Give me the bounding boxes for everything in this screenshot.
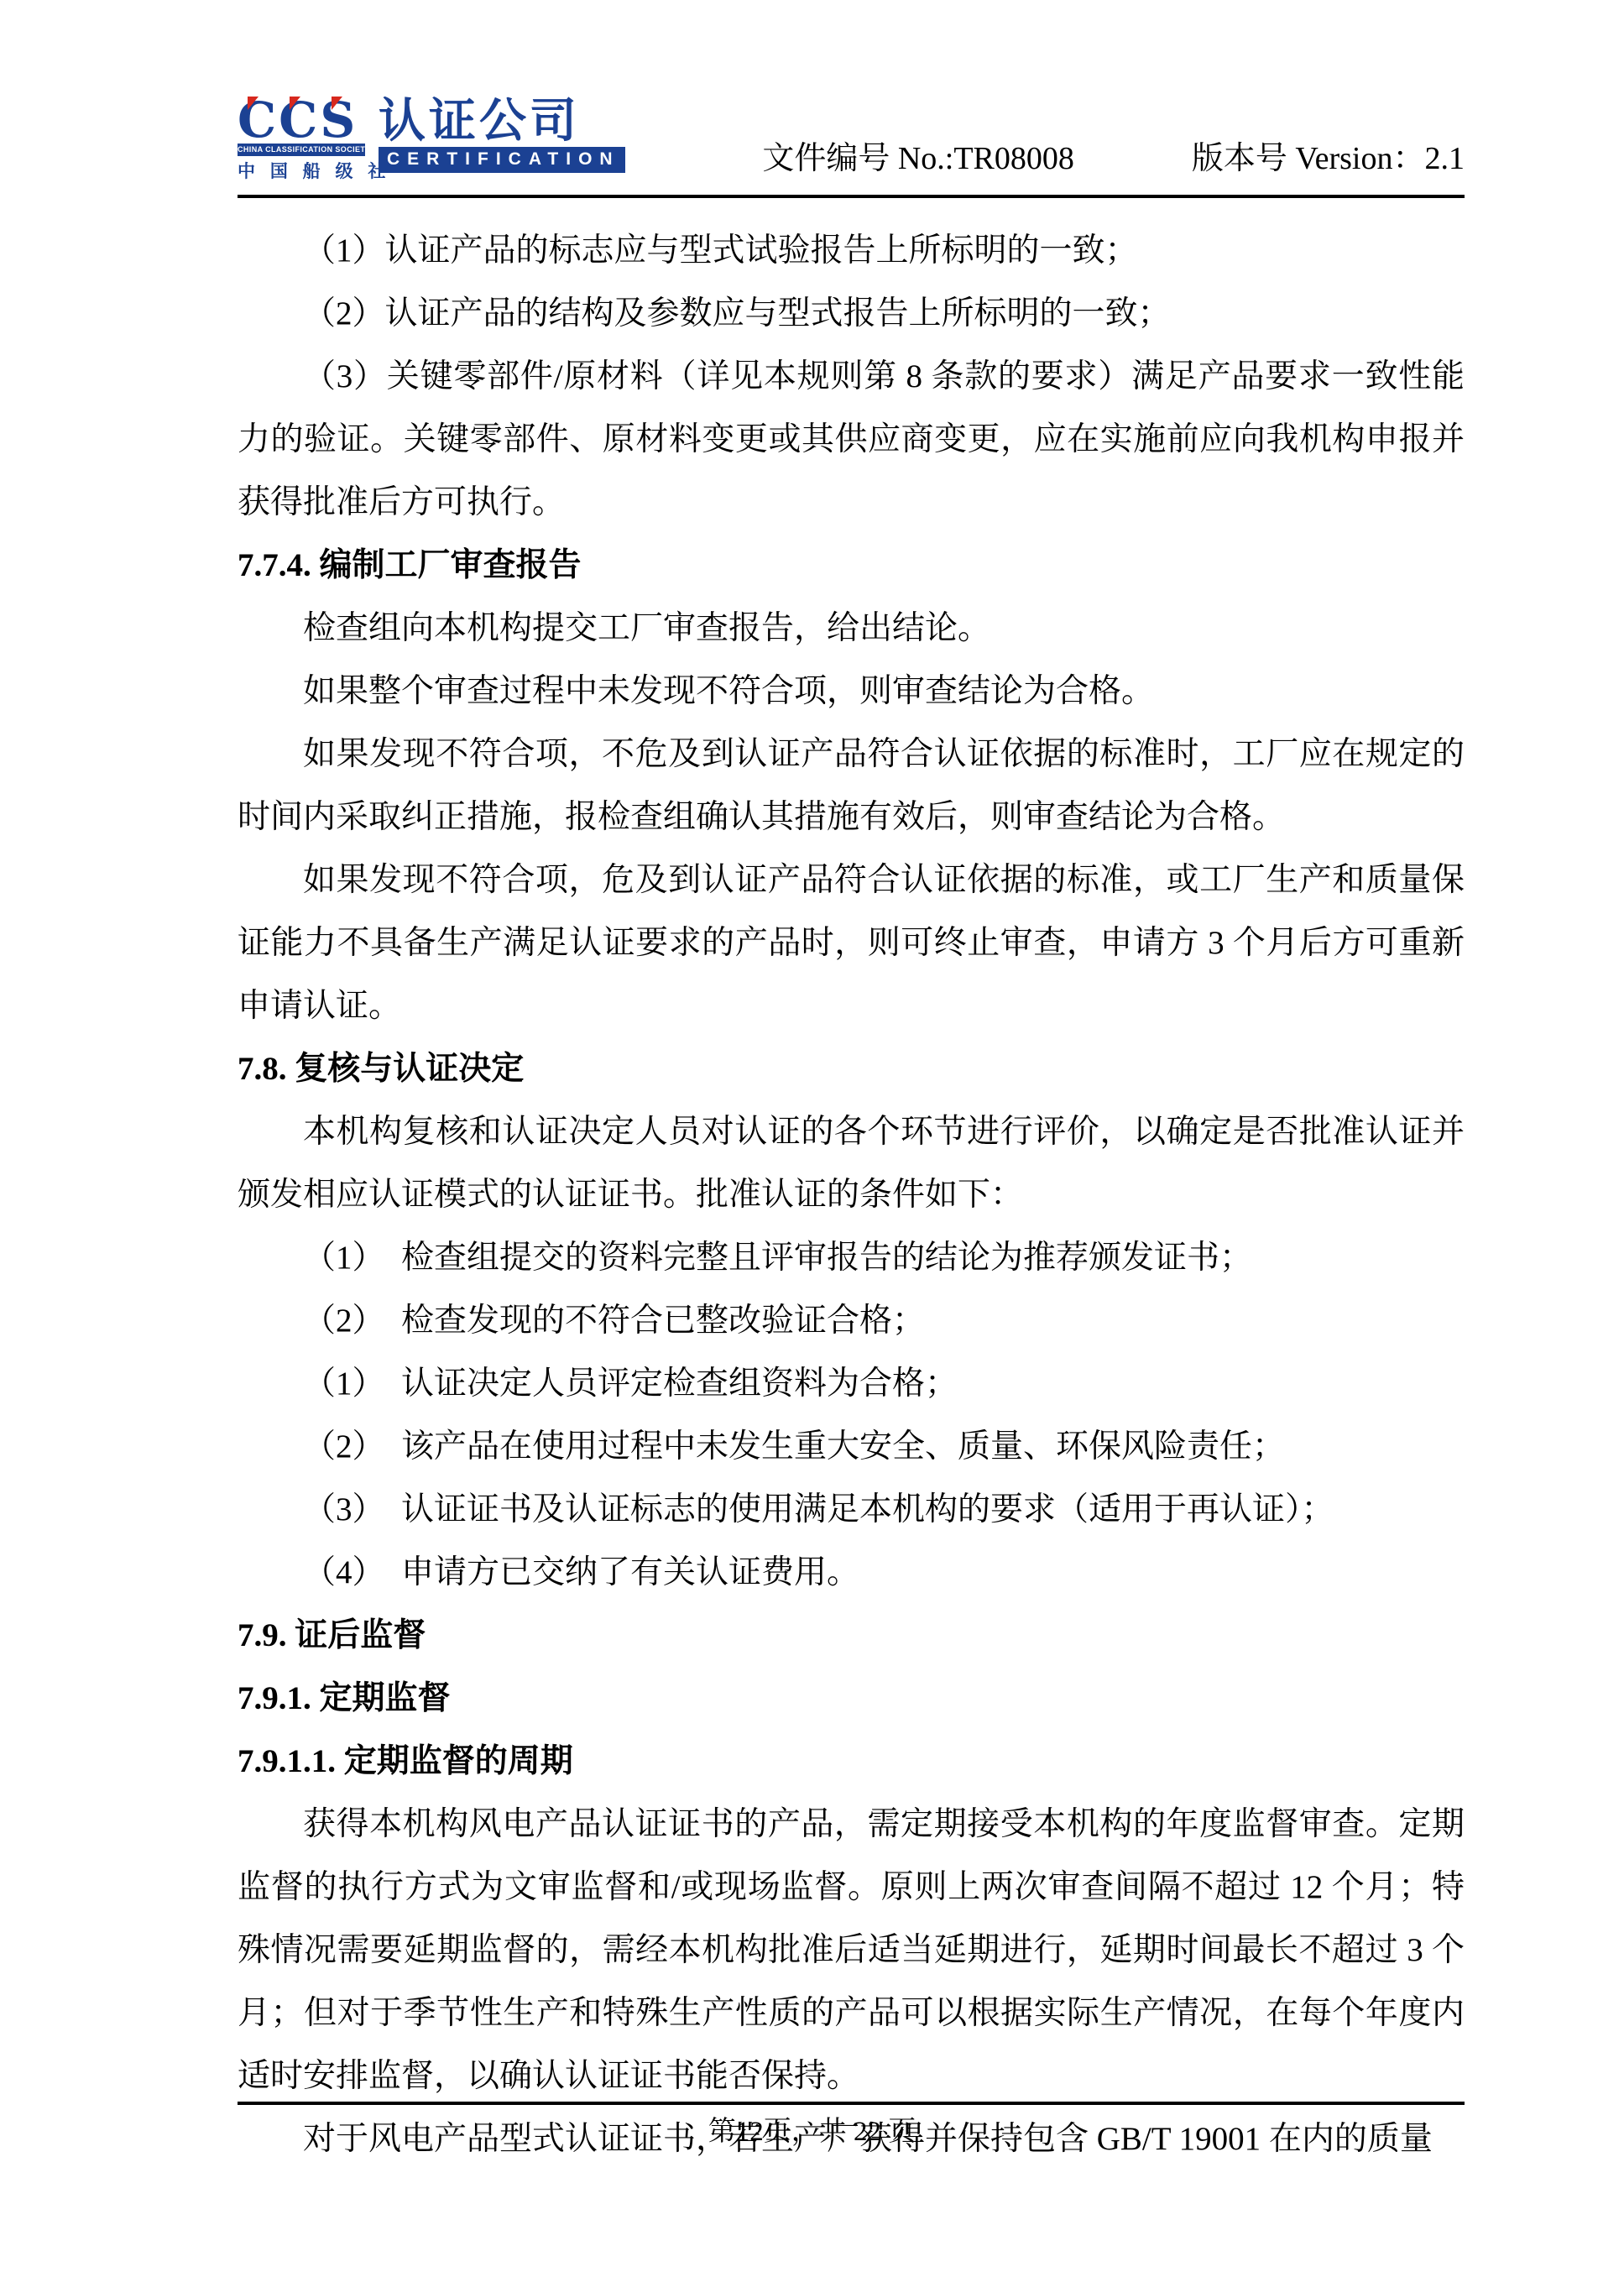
list-item: （2） 该产品在使用过程中未发生重大安全、质量、环保风险责任；: [238, 1415, 1465, 1478]
list-item: （2） 检查发现的不符合已整改验证合格；: [238, 1289, 1465, 1352]
body-paragraph: （3）关键零部件/原材料（详见本规则第 8 条款的要求）满足产品要求一致性能力的…: [238, 345, 1465, 534]
list-item: （3） 认证证书及认证标志的使用满足本机构的要求（适用于再认证）；: [238, 1478, 1465, 1541]
body-paragraph: 本机构复核和认证决定人员对认证的各个环节进行评价，以确定是否批准认证并颁发相应认…: [238, 1100, 1465, 1226]
page-number: 第12页，共 22 页: [0, 2109, 1624, 2149]
logo-red-flag-icon: [290, 97, 300, 110]
logo-society-cn: 中 国 船 级 社: [238, 158, 365, 183]
body-paragraph: 检查组向本机构提交工厂审查报告，给出结论。: [238, 597, 1465, 660]
footer-divider: [238, 2102, 1465, 2105]
ccs-logo-left: CCS CHINA CLASSIFICATION SOCIETY 中 国 船 级…: [238, 99, 365, 183]
section-heading: 7.8. 复核与认证决定: [238, 1037, 1465, 1100]
list-item: （4） 申请方已交纳了有关认证费用。: [238, 1541, 1465, 1604]
logo-red-flag-icon: [248, 97, 258, 110]
body-paragraph: 获得本机构风电产品认证证书的产品，需定期接受本机构的年度监督审查。定期监督的执行…: [238, 1793, 1465, 2107]
list-item: （1）认证产品的标志应与型式试验报告上所标明的一致；: [238, 219, 1465, 282]
section-heading: 7.7.4. 编制工厂审查报告: [238, 534, 1465, 597]
ccs-logo-right: 认证公司 CERTIFICATION: [379, 99, 625, 173]
body-paragraph: 如果发现不符合项，不危及到认证产品符合认证依据的标准时，工厂应在规定的时间内采取…: [238, 723, 1465, 849]
logo-red-flag-icon: [332, 97, 342, 110]
body-paragraph: 如果整个审查过程中未发现不符合项，则审查结论为合格。: [238, 660, 1465, 723]
section-heading: 7.9.1.1. 定期监督的周期: [238, 1730, 1465, 1793]
page-header: CCS CHINA CLASSIFICATION SOCIETY 中 国 船 级…: [238, 99, 1465, 198]
list-item: （1） 检查组提交的资料完整且评审报告的结论为推荐颁发证书；: [238, 1226, 1465, 1289]
document-number: 文件编号 No.:TR08008: [762, 132, 1074, 183]
ccs-logo: CCS CHINA CLASSIFICATION SOCIETY 中 国 船 级…: [238, 99, 625, 183]
list-item: （2）认证产品的结构及参数应与型式报告上所标明的一致；: [238, 282, 1465, 345]
document-page: CCS CHINA CLASSIFICATION SOCIETY 中 国 船 级…: [0, 0, 1624, 2277]
section-heading: 7.9. 证后监督: [238, 1604, 1465, 1667]
logo-certification-bar: CERTIFICATION: [379, 147, 625, 173]
version-number: 版本号 Version：2.1: [1192, 132, 1465, 183]
section-heading: 7.9.1. 定期监督: [238, 1667, 1465, 1730]
list-item: （1） 认证决定人员评定检查组资料为合格；: [238, 1352, 1465, 1415]
logo-company-name: 认证公司: [379, 99, 625, 143]
document-body: （1）认证产品的标志应与型式试验报告上所标明的一致； （2）认证产品的结构及参数…: [238, 219, 1465, 2170]
body-paragraph: 如果发现不符合项，危及到认证产品符合认证依据的标准，或工厂生产和质量保证能力不具…: [238, 849, 1465, 1037]
